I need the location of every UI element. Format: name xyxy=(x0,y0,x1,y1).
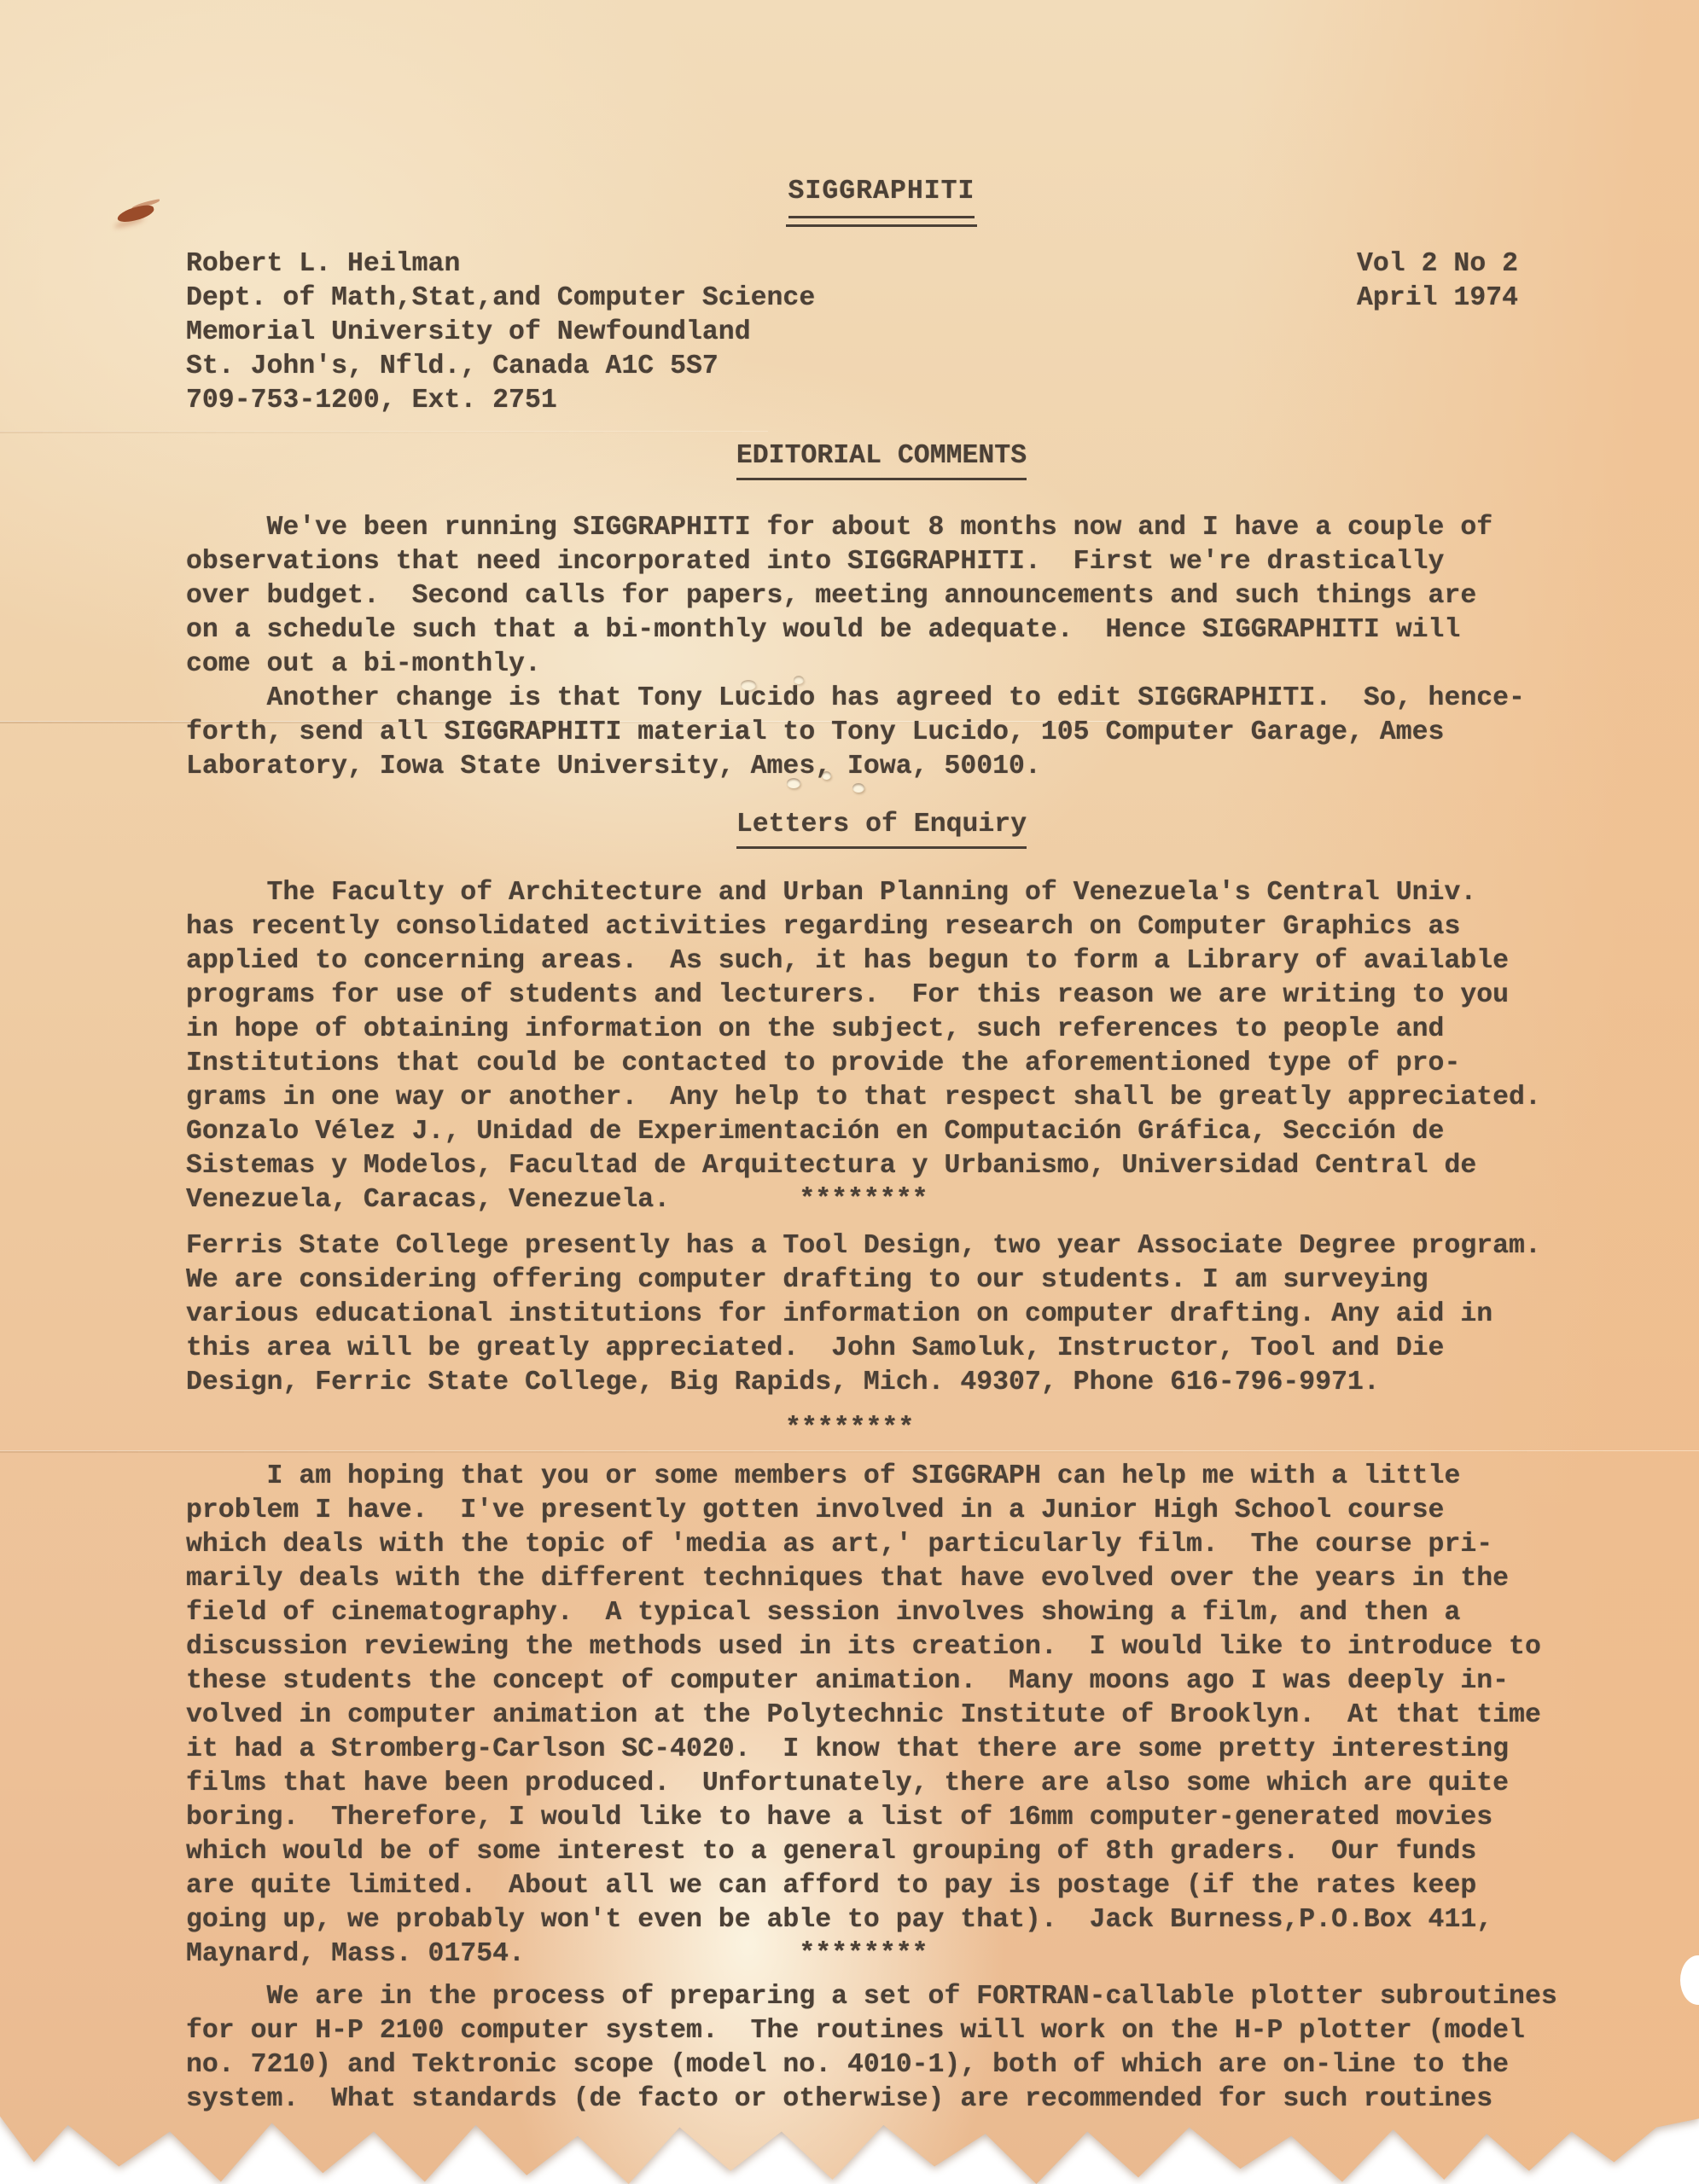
section-heading-row: EDITORIAL COMMENTS xyxy=(186,439,1577,480)
volume-number: Vol 2 No 2 xyxy=(1357,247,1518,282)
section-heading-letters-of-enquiry: Letters of Enquiry xyxy=(736,808,1027,849)
title-row: SIGGRAPHITI xyxy=(186,175,1577,218)
section-heading-row: Letters of Enquiry xyxy=(186,808,1577,849)
author-address: St. John's, Nfld., Canada A1C 5S7 xyxy=(186,350,1577,384)
author-phone: 709-753-1200, Ext. 2751 xyxy=(186,384,1577,418)
editorial-paragraph-2: Another change is that Tony Lucido has a… xyxy=(186,682,1577,784)
letter-jack-burness: I am hoping that you or some members of … xyxy=(186,1460,1577,1972)
issue-date: April 1974 xyxy=(1357,282,1518,316)
page-content: SIGGRAPHITI Robert L. Heilman Dept. of M… xyxy=(0,0,1577,2117)
section-heading-editorial-comments: EDITORIAL COMMENTS xyxy=(736,439,1027,480)
letter-ferris-state: Ferris State College presently has a Too… xyxy=(186,1229,1577,1400)
paper-sheet: SIGGRAPHITI Robert L. Heilman Dept. of M… xyxy=(0,0,1699,2184)
asterisk-separator: ******** xyxy=(186,1412,1577,1446)
masthead: Robert L. Heilman Dept. of Math,Stat,and… xyxy=(186,247,1577,418)
author-institution: Memorial University of Newfoundland xyxy=(186,316,1577,350)
newsletter-title: SIGGRAPHITI xyxy=(788,175,975,218)
torn-edge-notch xyxy=(1680,1955,1699,2005)
scanned-newsletter-page: SIGGRAPHITI Robert L. Heilman Dept. of M… xyxy=(0,0,1699,2184)
letter-fortran-plotter: We are in the process of preparing a set… xyxy=(186,1980,1577,2117)
editorial-paragraph-1: We've been running SIGGRAPHITI for about… xyxy=(186,511,1577,682)
letter-venezuela: The Faculty of Architecture and Urban Pl… xyxy=(186,876,1577,1217)
issue-info-block: Vol 2 No 2 April 1974 xyxy=(1357,247,1518,316)
